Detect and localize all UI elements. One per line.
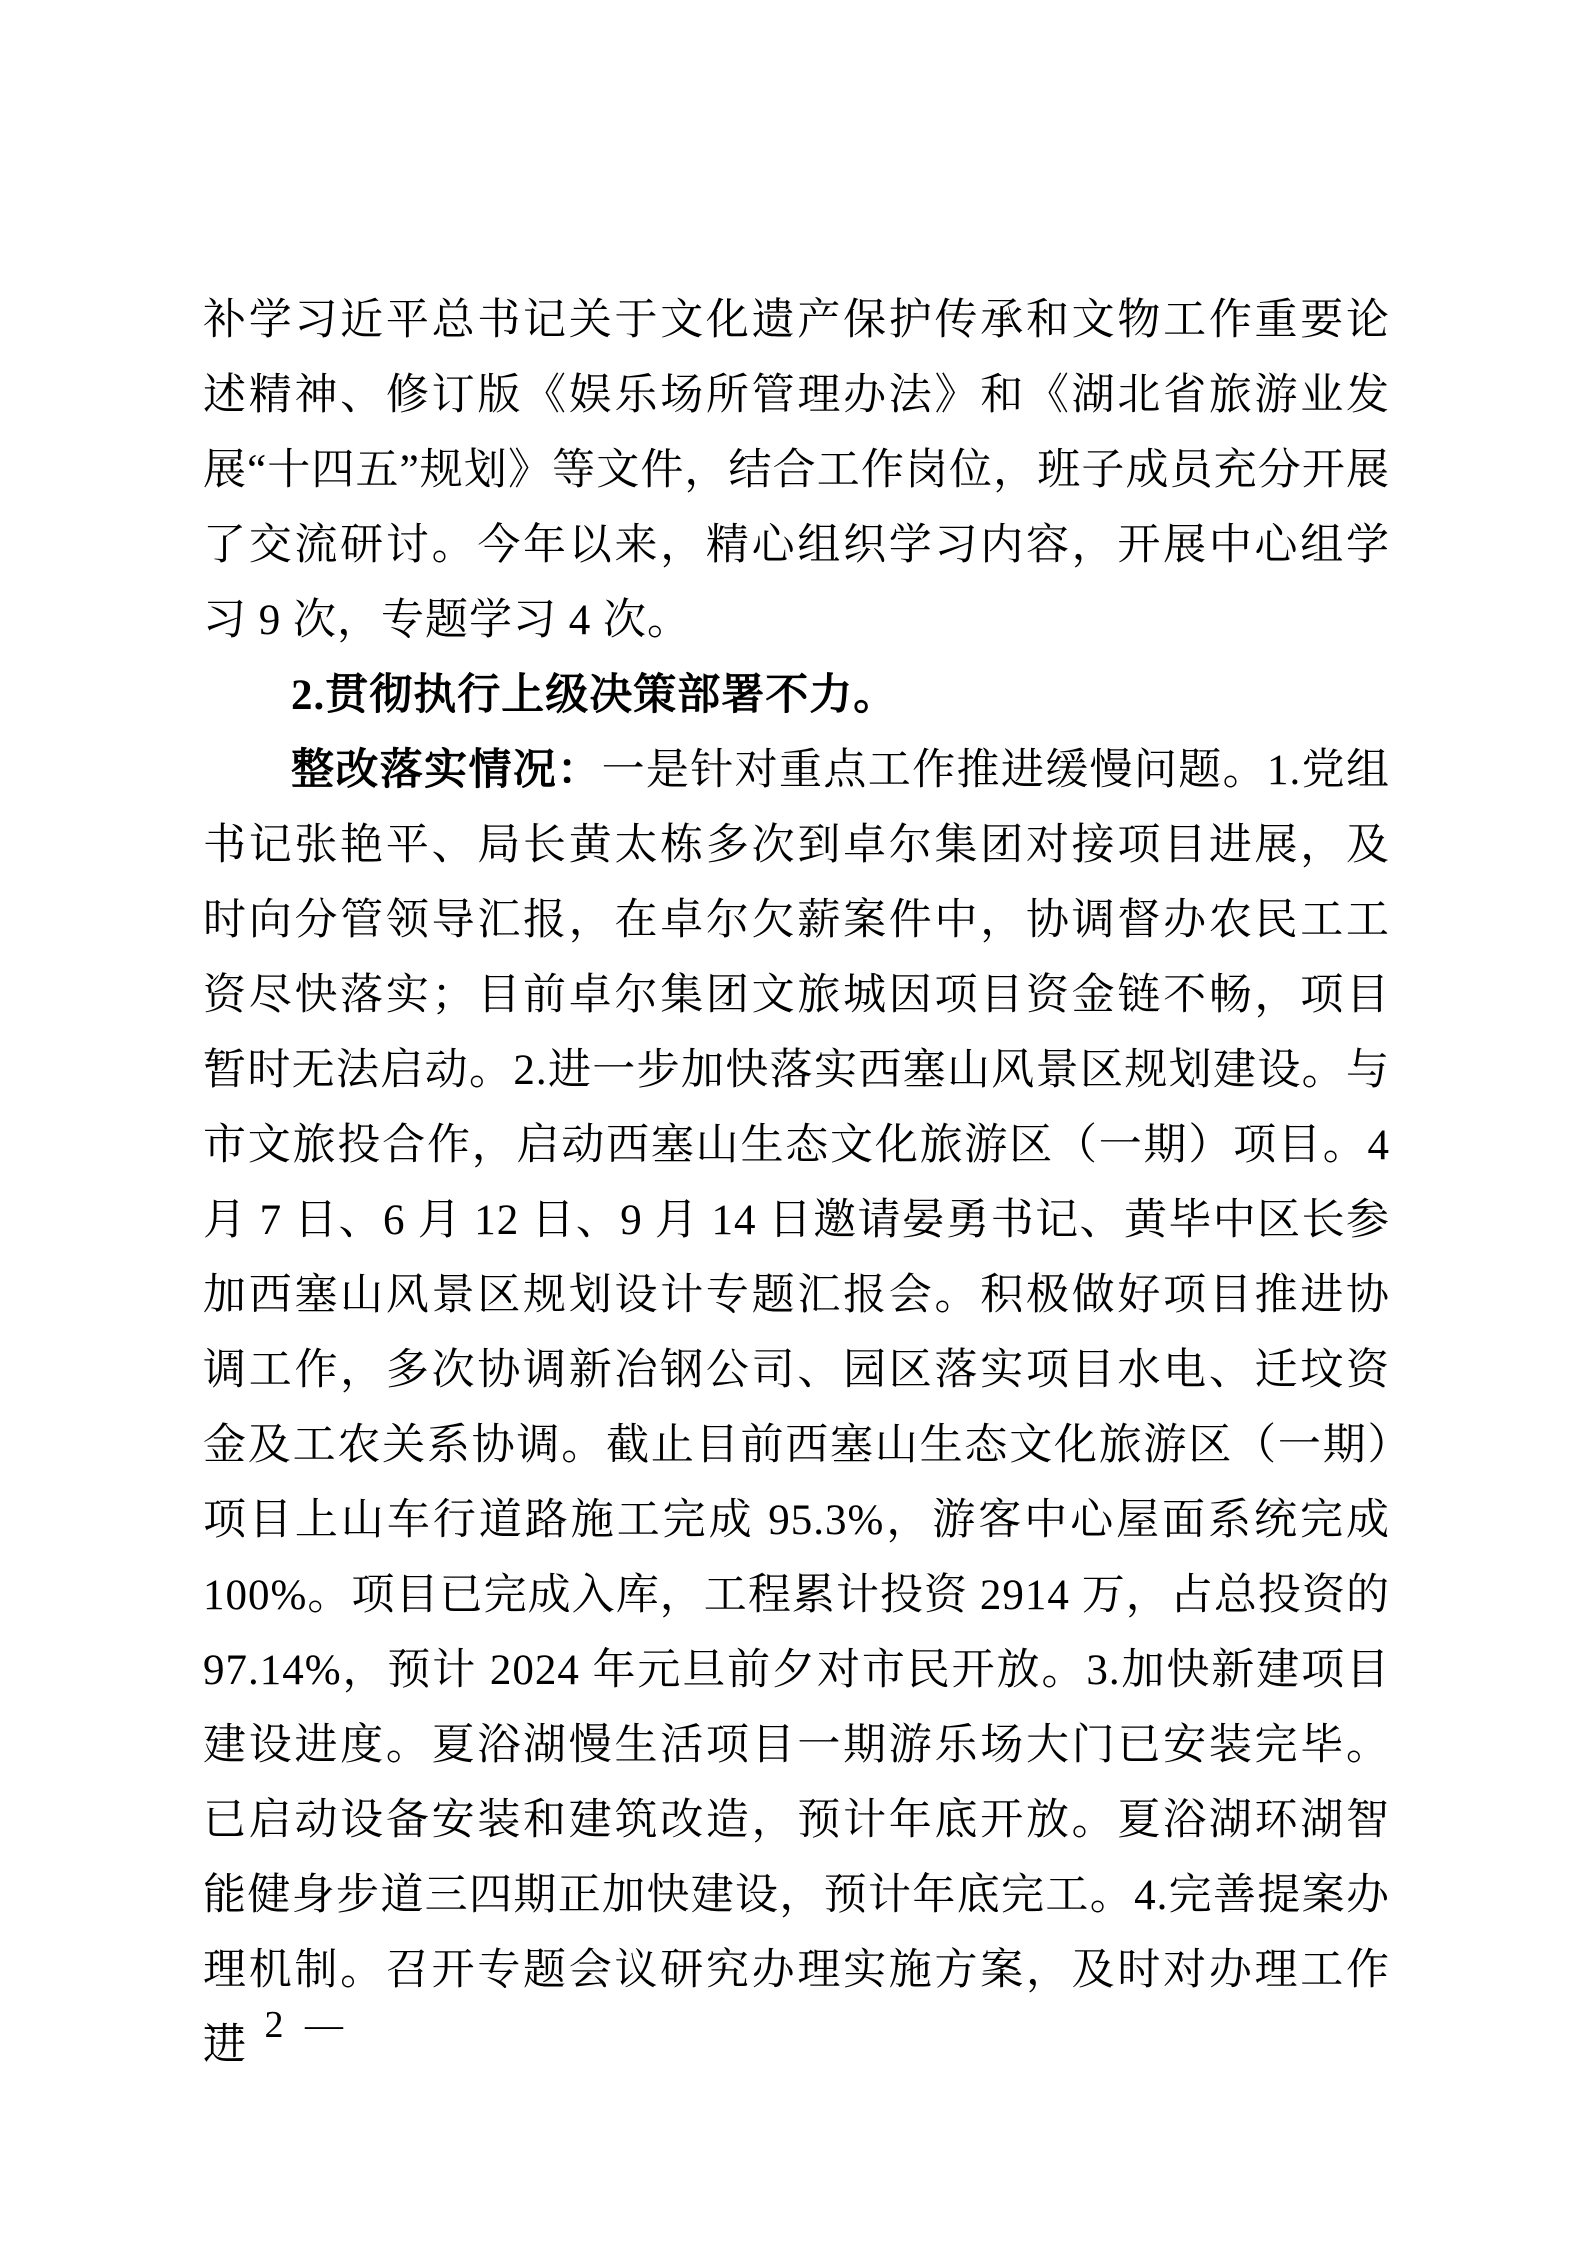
section-heading: 2.贯彻执行上级决策部署不力。 [203,658,1390,733]
paragraph-body-text: 一是针对重点工作推进缓慢问题。1.党组书记张艳平、局长黄太栋多次到卓尔集团对接项… [203,747,1390,2069]
document-page: 补学习近平总书记关于文化遗产保护传承和文物工作重要论述精神、修订版《娱乐场所管理… [0,0,1587,2245]
page-number: — 2 — [205,2000,349,2050]
paragraph-lead-label: 整改落实情况： [291,747,602,794]
paragraph-continuation: 补学习近平总书记关于文化遗产保护传承和文物工作重要论述精神、修订版《娱乐场所管理… [203,283,1390,658]
document-body: 补学习近平总书记关于文化遗产保护传承和文物工作重要论述精神、修订版《娱乐场所管理… [203,283,1390,2083]
paragraph-rectification: 整改落实情况：一是针对重点工作推进缓慢问题。1.党组书记张艳平、局长黄太栋多次到… [203,733,1390,2083]
